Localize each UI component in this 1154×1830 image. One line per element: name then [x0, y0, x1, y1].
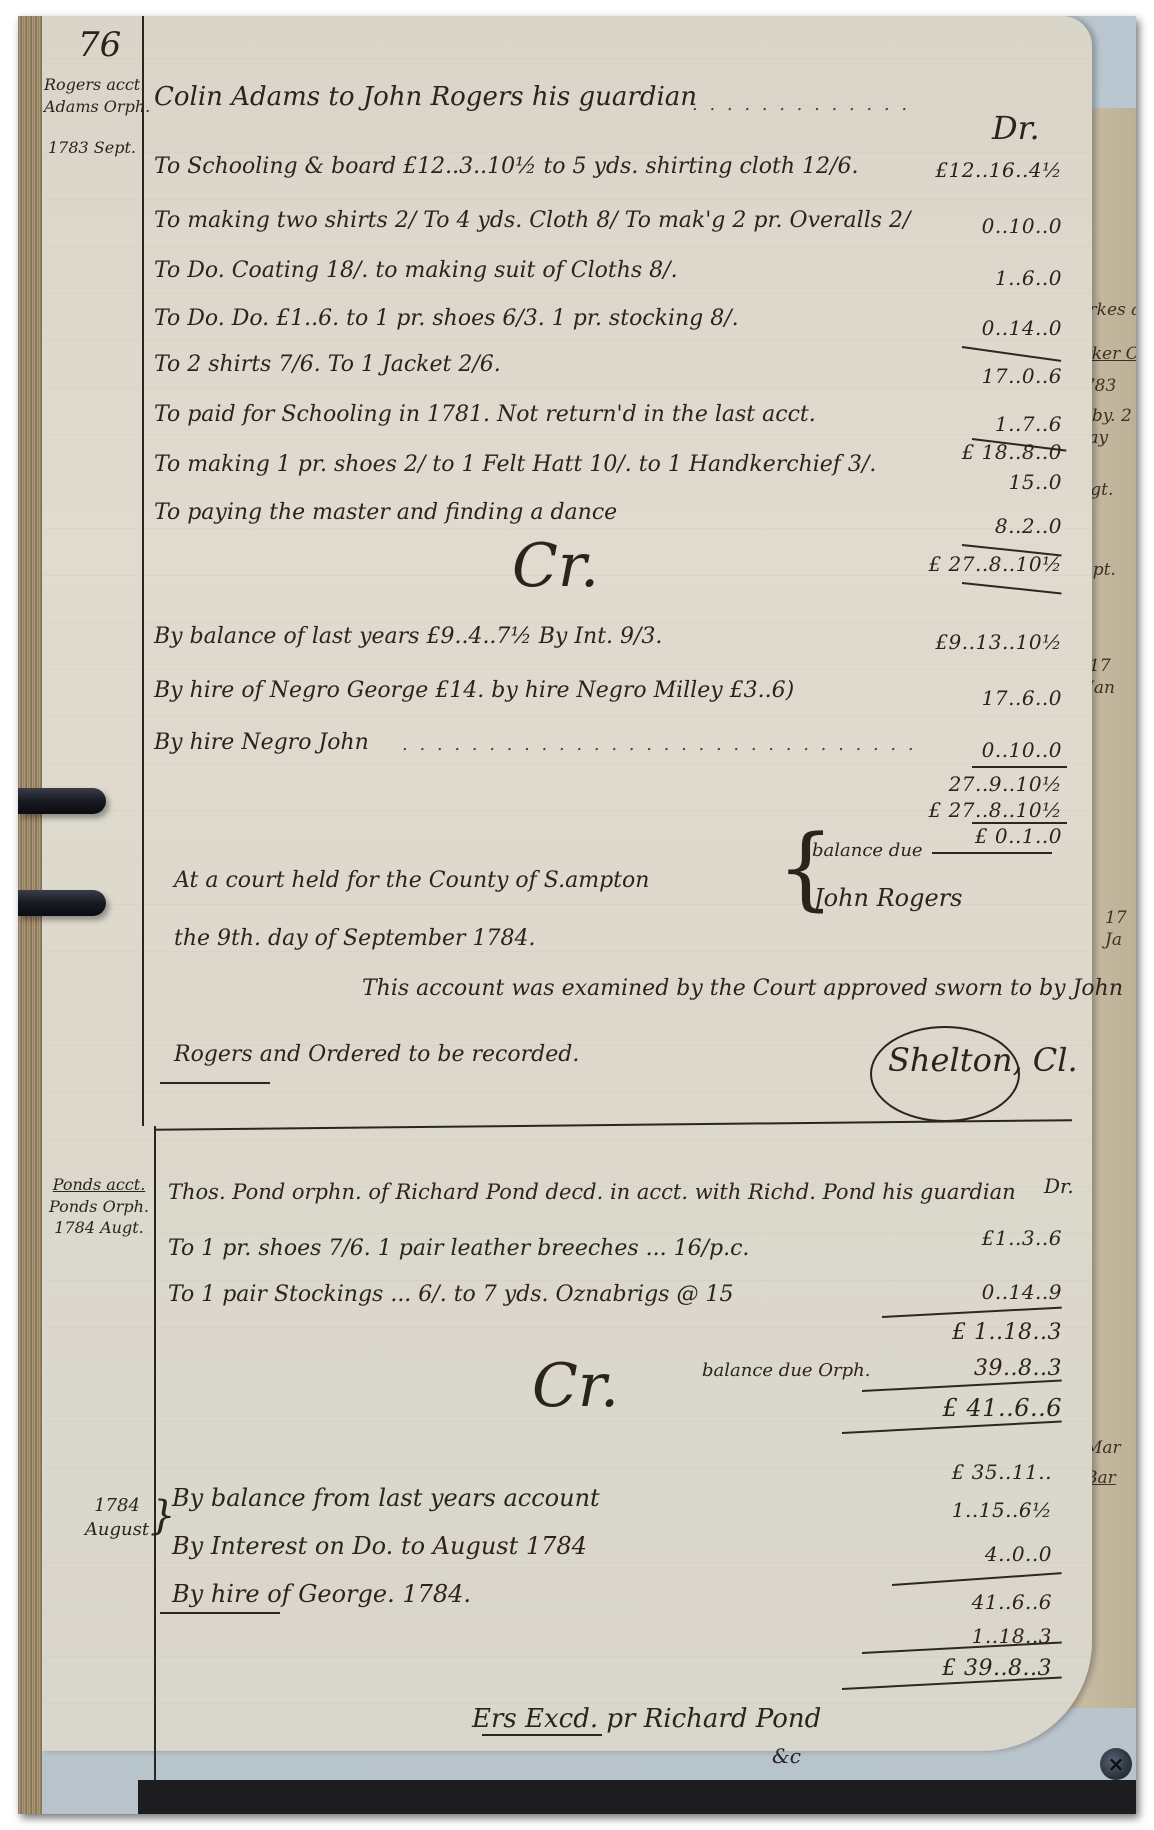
signature-flourish: &c [772, 1746, 801, 1766]
court-line: Rogers and Ordered to be recorded. [174, 1044, 579, 1066]
credit-margin-date: 1784 August [82, 1494, 152, 1543]
facing-fragment: 17 [1105, 908, 1127, 928]
ledger-page: 76 Rogers acct. Adams Orph. 1783 Sept. C… [42, 16, 1092, 1751]
sum-rule [962, 346, 1061, 362]
balance-label: balance due Orph. [702, 1362, 870, 1380]
credit-entry: By hire of Negro George £14. by hire Neg… [154, 680, 794, 702]
credit-mark: Cr. [512, 536, 599, 596]
executor-signature: Ers Excd. pr Richard Pond [472, 1706, 821, 1732]
credit-total: 27..9..10½ [922, 774, 1062, 794]
leader-dots: . . . . . . . . . . . . . [692, 96, 910, 114]
debit-mark: Dr. [1044, 1176, 1074, 1196]
sum-rule [972, 766, 1067, 768]
margin-line: 1783 Sept. [44, 137, 140, 159]
credit-amount: £ 35..11.. [892, 1462, 1052, 1482]
sum-rule [160, 1082, 270, 1084]
debit-total: £ 1..18..3 [892, 1322, 1062, 1344]
grand-total: £ 41..6..6 [892, 1396, 1062, 1420]
signature-underline [482, 1734, 602, 1736]
debit-amount: 8..2..0 [922, 516, 1062, 536]
credit-amount: 1..15..6½ [892, 1500, 1052, 1520]
balance-due-amount: £ 0..1..0 [922, 826, 1062, 846]
credit-amount: £9..13..10½ [922, 632, 1062, 652]
debit-entry: To making 1 pr. shoes 2/ to 1 Felt Hatt … [154, 454, 876, 476]
margin-line: Adams Orph. [44, 96, 140, 118]
balance-due-to: John Rogers [814, 886, 963, 910]
facing-fragment: Ja [1105, 930, 1122, 950]
debit-entry: To Schooling & board £12..3..10½ to 5 yd… [154, 156, 858, 178]
margin-line: Ponds acct. [44, 1174, 154, 1196]
court-line: This account was examined by the Court a… [362, 978, 1123, 1000]
binder-ring [18, 788, 106, 814]
sum-rule [892, 1572, 1062, 1586]
margin-line: 1784 [82, 1494, 152, 1518]
debit-amount: 0..14..9 [912, 1282, 1062, 1302]
margin-note-2: Ponds acct. Ponds Orph. 1784 Augt. [44, 1174, 154, 1239]
credit-amount: 17..6..0 [922, 688, 1062, 708]
margin-line: 1784 Augt. [44, 1217, 154, 1239]
credit-entry: By hire of George. 1784. [172, 1582, 471, 1606]
debit-entry: To Do. Do. £1..6. to 1 pr. shoes 6/3. 1 … [154, 308, 739, 330]
leader-dots: . . . . . . . . . . . . . . . . . . . . … [402, 736, 917, 754]
debit-total: £ 27..8..10½ [922, 554, 1062, 574]
document-photo: Markes ac Barker O 1783 Feby. 2 May Augt… [18, 16, 1136, 1814]
sum-rule [932, 852, 1052, 854]
clerk-signature: Shelton, Cl. [888, 1044, 1078, 1076]
debit-amount: 15..0 [922, 472, 1062, 492]
debit-amount: £12..16..4½ [922, 160, 1062, 180]
debit-amount: 1..6..0 [922, 268, 1062, 288]
credit-amount: 4..0..0 [892, 1544, 1052, 1564]
debit-amount: £1..3..6 [912, 1228, 1062, 1248]
debit-entry: To paying the master and finding a dance [154, 502, 617, 524]
credit-mark: Cr. [532, 1356, 619, 1416]
credit-total-2: £ 27..8..10½ [922, 800, 1062, 820]
debit-amount: 1..7..6 [922, 414, 1062, 434]
debit-entry: To 2 shirts 7/6. To 1 Jacket 2/6. [154, 354, 501, 376]
debit-entry: To making two shirts 2/ To 4 yds. Cloth … [154, 210, 910, 232]
credit-entry: By balance of last years £9..4..7½ By In… [154, 626, 662, 648]
facing-fragment: 17 [1089, 656, 1111, 676]
court-line: the 9th. day of September 1784. [174, 928, 536, 950]
debit-entry: To paid for Schooling in 1781. Not retur… [154, 404, 816, 426]
debit-amount: 17..0..6 [922, 366, 1062, 386]
credit-total: 41..6..6 [892, 1592, 1052, 1612]
court-line: At a court held for the County of S.ampt… [174, 870, 649, 892]
credit-entry: By balance from last years account [172, 1486, 600, 1510]
sum-rule [160, 1612, 280, 1614]
margin-line: Ponds Orph. [44, 1196, 154, 1218]
debit-entry: To 1 pr. shoes 7/6. 1 pair leather breec… [168, 1238, 749, 1260]
sum-rule [862, 1380, 1062, 1392]
margin-line: Rogers acct. [44, 74, 140, 96]
credit-amount: 0..10..0 [922, 740, 1062, 760]
debit-amount: 0..10..0 [922, 216, 1062, 236]
debit-entry: To Do. Coating 18/. to making suit of Cl… [154, 260, 678, 282]
sum-rule [842, 1420, 1062, 1434]
balance-due-label: balance due [812, 842, 923, 860]
subtotal: £ 18..8..0 [922, 442, 1062, 462]
sum-rule [962, 582, 1062, 594]
margin-rule [142, 16, 144, 1126]
page-number: 76 [78, 28, 121, 62]
credit-entry: By hire Negro John [154, 732, 369, 754]
debit-entry: To 1 pair Stockings ... 6/. to 7 yds. Oz… [168, 1284, 733, 1306]
screw-icon: × [1100, 1748, 1132, 1780]
margin-note-1: Rogers acct. Adams Orph. 1783 Sept. [44, 74, 140, 159]
account-heading: Colin Adams to John Rogers his guardian [154, 84, 697, 110]
margin-line: August [82, 1518, 152, 1542]
binder-ring [18, 890, 106, 916]
margin-rule-lower [154, 1126, 156, 1786]
balance-amount: 39..8..3 [892, 1358, 1062, 1380]
net-amount: £ 39..8..3 [892, 1658, 1052, 1680]
sum-rule [882, 1307, 1062, 1318]
credit-entry: By Interest on Do. to August 1784 [172, 1534, 587, 1558]
account-heading: Thos. Pond orphn. of Richard Pond decd. … [168, 1182, 1016, 1203]
scanner-edge [138, 1780, 1136, 1814]
debit-amount: 0..14..0 [922, 318, 1062, 338]
debit-mark: Dr. [992, 112, 1040, 144]
